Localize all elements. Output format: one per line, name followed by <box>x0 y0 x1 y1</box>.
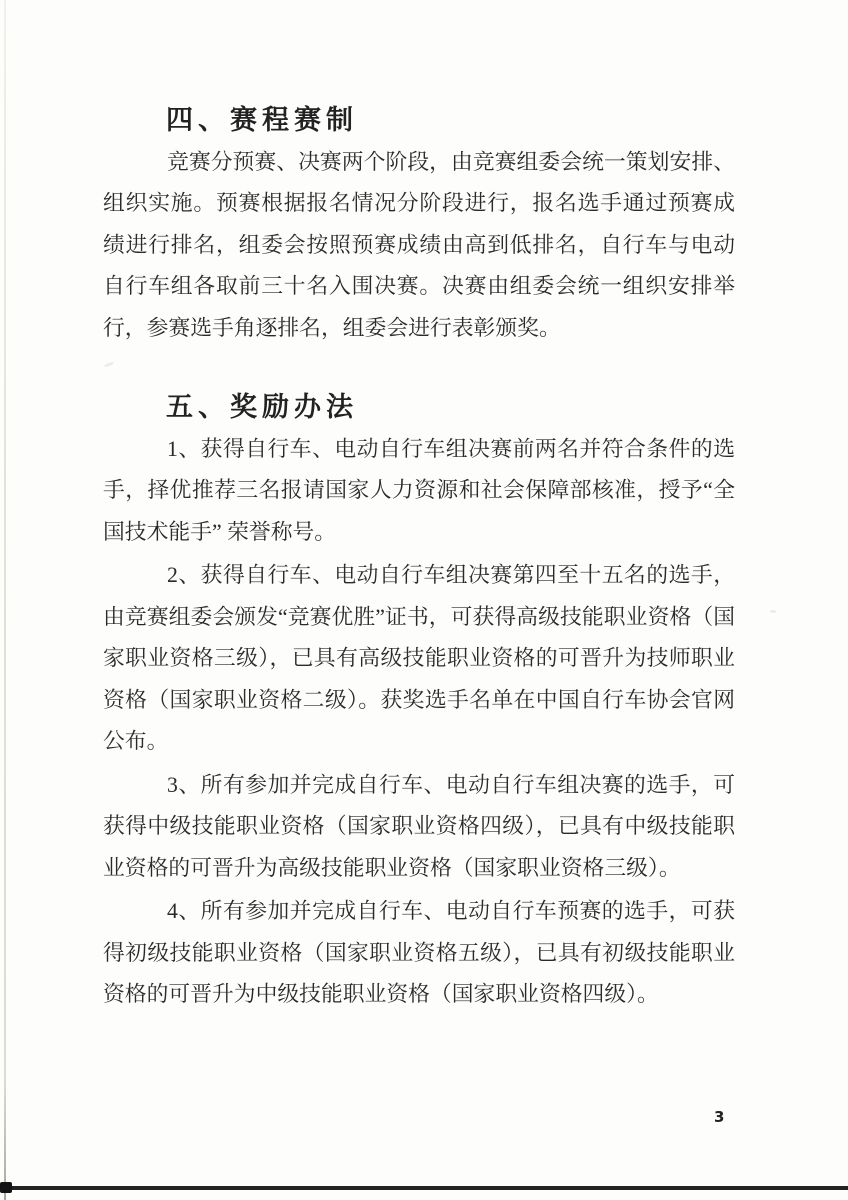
award-item-2: 2、获得自行车、电动自行车组决赛第四至十五名的选手，由竞赛组委会颁发“竞赛优胜”… <box>103 555 735 763</box>
award-item-1: 1、获得自行车、电动自行车组决赛前两名并符合条件的选手，择优推荐三名报请国家人力… <box>103 429 735 554</box>
scan-smudge <box>770 610 776 613</box>
scan-edge-left <box>4 0 6 1200</box>
schedule-paragraph: 竞赛分预赛、决赛两个阶段，由竞赛组委会统一策划安排、组织实施。预赛根据报名情况分… <box>103 142 735 350</box>
scan-corner-blob <box>0 1182 12 1193</box>
award-item-4: 4、所有参加并完成自行车、电动自行车预赛的选手，可获得初级技能职业资格（国家职业… <box>103 891 735 1016</box>
section-heading-schedule: 四、赛程赛制 <box>103 100 735 142</box>
document-page: 四、赛程赛制 竞赛分预赛、决赛两个阶段，由竞赛组委会统一策划安排、组织实施。预赛… <box>0 0 848 1200</box>
award-item-3: 3、所有参加并完成自行车、电动自行车组决赛的选手，可获得中级技能职业资格（国家职… <box>103 765 735 890</box>
page-content: 四、赛程赛制 竞赛分预赛、决赛两个阶段，由竞赛组委会统一策划安排、组织实施。预赛… <box>103 0 735 1018</box>
scan-edge-bottom <box>0 1186 848 1190</box>
section-heading-awards: 五、奖励办法 <box>103 387 735 429</box>
page-number: 3 <box>714 1108 724 1126</box>
